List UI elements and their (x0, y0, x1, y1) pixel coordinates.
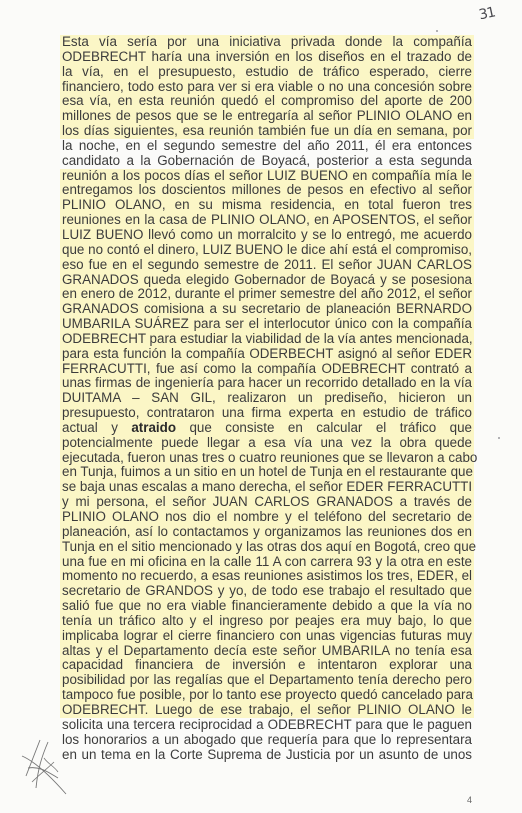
highlighted-text-line: momento no recuerdo, a esas reuniones as… (60, 569, 474, 584)
line-text: tenía un tráfico alto y el ingreso por p… (62, 613, 472, 628)
highlighted-text-line: Esta vía sería por una iniciativa privad… (60, 35, 474, 50)
highlighted-text-line: millones de pesos que se le entregaría a… (60, 109, 474, 124)
highlighted-text-line: financiero, todo esto para ver si era vi… (60, 80, 474, 95)
highlighted-text-line: FERRACUTTI, fue así como la compañía ODE… (60, 362, 474, 377)
line-text: posibilidad por las regalías que el Depa… (62, 672, 472, 687)
line-text: esa vía, en esta reunión quedó el compro… (62, 93, 472, 108)
line-text: unas firmas de ingeniería para hacer un … (62, 375, 472, 390)
highlighted-text-line: tampoco fue posible, por lo tanto ese pr… (60, 688, 474, 703)
highlighted-text-line: GRANADOS queda elegido Gobernador de Boy… (60, 273, 474, 288)
line-text: ODEBRECHT para estudiar la viabilidad de… (62, 331, 473, 346)
highlighted-text-line: reuniones en la casa de PLINIO OLANO, en… (60, 213, 474, 228)
line-text: ODEBRECHT. Luego de ese trabajo, el seño… (62, 702, 472, 717)
highlighted-text-line: posibilidad por las regalías que el Depa… (60, 673, 474, 688)
text-line: la noche, en el segundo semestre del año… (60, 139, 474, 154)
highlighted-text-line: los días siguientes, esa reunión también… (60, 124, 474, 139)
line-text: en Tunja, fuimos a un sitio en un hotel … (62, 464, 473, 479)
highlighted-text-line: ODEBRECHT. Luego de ese trabajo, el seño… (60, 703, 474, 718)
bold-term: atraido (131, 420, 176, 435)
line-text: momento no recuerdo, a esas reuniones as… (62, 568, 472, 583)
line-text: Tunja en el sitio mencionado y las otras… (62, 539, 476, 554)
highlighted-text-line: capacidad financiera de inversión e inte… (60, 658, 474, 673)
highlighted-text-line: tenía un tráfico alto y el ingreso por p… (60, 614, 474, 629)
highlighted-text-line: y mi persona, el señor JUAN CARLOS GRANA… (60, 495, 474, 510)
line-text: LUIZ BUENO llevó como un morralcito y se… (62, 227, 472, 242)
line-text: PLINIO OLANO, en su misma residencia, en… (62, 197, 472, 212)
highlighted-text-line: PLINIO OLANO, en su misma residencia, en… (60, 198, 474, 213)
line-text: financiero, todo esto para ver si era vi… (62, 79, 472, 94)
text-line: solicita una tercera reciprocidad a ODEB… (60, 718, 474, 733)
highlighted-text-line: DUITAMA – SAN GIL, realizaron un predise… (60, 391, 474, 406)
line-text: UMBARILA SUÁREZ para ser el interlocutor… (62, 316, 472, 331)
line-text: capacidad financiera de inversión e inte… (62, 657, 472, 672)
document-body: Esta vía sería por una iniciativa privad… (62, 35, 472, 762)
text-line: en un tema en la Corte Suprema de Justic… (60, 748, 474, 763)
line-text: y mi persona, el señor JUAN CARLOS GRANA… (62, 494, 472, 509)
highlighted-text-line: secretario de GRANDOS y yo, de todo ese … (60, 584, 474, 599)
highlighted-text-line: implicaba lograr el cierre financiero co… (60, 629, 474, 644)
highlighted-text-line: GRANADOS comisiona a su secretario de pl… (60, 302, 474, 317)
line-text: DUITAMA – SAN GIL, realizaron un predise… (62, 390, 472, 405)
line-text: en un tema en la Corte Suprema de Justic… (62, 747, 472, 762)
line-text: candidato a la Gobernación de Boyacá, po… (62, 153, 472, 168)
line-text: Esta vía sería por una iniciativa privad… (62, 34, 472, 49)
highlighted-text-line: en enero de 2012, durante el primer seme… (60, 287, 474, 302)
line-text: reuniones en la casa de PLINIO OLANO, en… (62, 212, 472, 227)
highlighted-text-line: entregamos los doscientos millones de pe… (60, 183, 474, 198)
line-text: millones de pesos que se le entregaría a… (62, 108, 472, 123)
highlighted-text-line: ODEBRECHT haría una inversión en los dis… (60, 50, 474, 65)
line-text: planeación, así lo contactamos y organiz… (62, 524, 472, 539)
line-text: se baja unas escalas a mano derecha, el … (62, 479, 472, 494)
text-line: candidato a la Gobernación de Boyacá, po… (60, 154, 474, 169)
highlighted-text-line: para esta función la compañía ODERBECHT … (60, 347, 474, 362)
line-text: presupuesto, contrataron una firma exper… (62, 405, 472, 420)
highlighted-text-line: se baja unas escalas a mano derecha, el … (60, 480, 474, 495)
line-text: eso fue en el segundo semestre de 2011. … (62, 257, 472, 272)
highlighted-text-line: altas y el Departamento decía este señor… (60, 644, 474, 659)
handwritten-folio-number: 31 (478, 5, 497, 24)
highlighted-text-line: LUIZ BUENO llevó como un morralcito y se… (60, 228, 474, 243)
line-text: potencialmente puede llegar a esa vía un… (62, 435, 472, 450)
line-text: entregamos los doscientos millones de pe… (62, 182, 472, 197)
line-text: para esta función la compañía ODERBECHT … (62, 346, 472, 361)
highlighted-text-line: en Tunja, fuimos a un sitio en un hotel … (60, 465, 474, 480)
line-text: salió fue que no era viable financierame… (62, 598, 472, 613)
line-text: en enero de 2012, durante el primer seme… (62, 286, 472, 301)
text-line: los honorarios a un abogado que requería… (60, 733, 474, 748)
line-text: altas y el Departamento decía este señor… (62, 643, 472, 658)
line-text: GRANADOS comisiona a su secretario de pl… (62, 301, 472, 316)
highlighted-text-line: ODEBRECHT para estudiar la viabilidad de… (60, 332, 474, 347)
line-text: que consiste en calcular el tráfico que (176, 420, 472, 435)
line-text: actual y (62, 420, 131, 435)
line-text: una fue en mi oficina en la calle 11 A c… (62, 554, 472, 569)
line-text: los honorarios a un abogado que requería… (62, 732, 472, 747)
line-text: PLINIO OLANO nos dio el nombre y el telé… (62, 509, 472, 524)
highlighted-text-line: unas firmas de ingeniería para hacer un … (60, 376, 474, 391)
highlighted-text-line: que no contó el dinero, LUIZ BUENO le di… (60, 243, 474, 258)
highlighted-text-line: la vía, en el presupuesto, estudio de tr… (60, 65, 474, 80)
line-text: ejecutada, fueron unas tres o cuatro reu… (62, 450, 477, 465)
line-text: tampoco fue posible, por lo tanto ese pr… (62, 687, 473, 702)
highlighted-text-line: una fue en mi oficina en la calle 11 A c… (60, 555, 474, 570)
highlighted-text-line: salió fue que no era viable financierame… (60, 599, 474, 614)
highlighted-text-line: esa vía, en esta reunión quedó el compro… (60, 94, 474, 109)
highlighted-text-line: planeación, así lo contactamos y organiz… (60, 525, 474, 540)
line-text: la noche, en el segundo semestre del año… (62, 138, 472, 153)
line-text: que no contó el dinero, LUIZ BUENO le di… (62, 242, 472, 257)
highlighted-text-line: reunión a los pocos días el señor LUIZ B… (60, 169, 474, 184)
line-text: la vía, en el presupuesto, estudio de tr… (62, 64, 472, 79)
highlighted-text-line: UMBARILA SUÁREZ para ser el interlocutor… (60, 317, 474, 332)
scan-speck (436, 30, 438, 32)
highlighted-text-line: potencialmente puede llegar a esa vía un… (60, 436, 474, 451)
highlighted-text-line: Tunja en el sitio mencionado y las otras… (60, 540, 474, 555)
signature-mark (18, 738, 78, 798)
line-text: FERRACUTTI, fue así como la compañía ODE… (62, 361, 472, 376)
line-text: reunión a los pocos días el señor LUIZ B… (62, 168, 472, 183)
line-text: implicaba lograr el cierre financiero co… (62, 628, 472, 643)
highlighted-text-line: PLINIO OLANO nos dio el nombre y el telé… (60, 510, 474, 525)
line-text: solicita una tercera reciprocidad a ODEB… (62, 717, 472, 732)
highlighted-text-line: presupuesto, contrataron una firma exper… (60, 406, 474, 421)
line-text: GRANADOS queda elegido Gobernador de Boy… (62, 272, 472, 287)
page-number: 4 (467, 795, 472, 805)
highlighted-text-line: ejecutada, fueron unas tres o cuatro reu… (60, 451, 474, 466)
highlighted-text-line: eso fue en el segundo semestre de 2011. … (60, 258, 474, 273)
line-text: ODEBRECHT haría una inversión en los dis… (62, 49, 472, 64)
line-text: los días siguientes, esa reunión también… (62, 123, 472, 138)
line-text: secretario de GRANDOS y yo, de todo ese … (62, 583, 472, 598)
scan-speck (498, 437, 500, 439)
highlighted-text-line: actual y atraido que consiste en calcula… (60, 421, 474, 436)
